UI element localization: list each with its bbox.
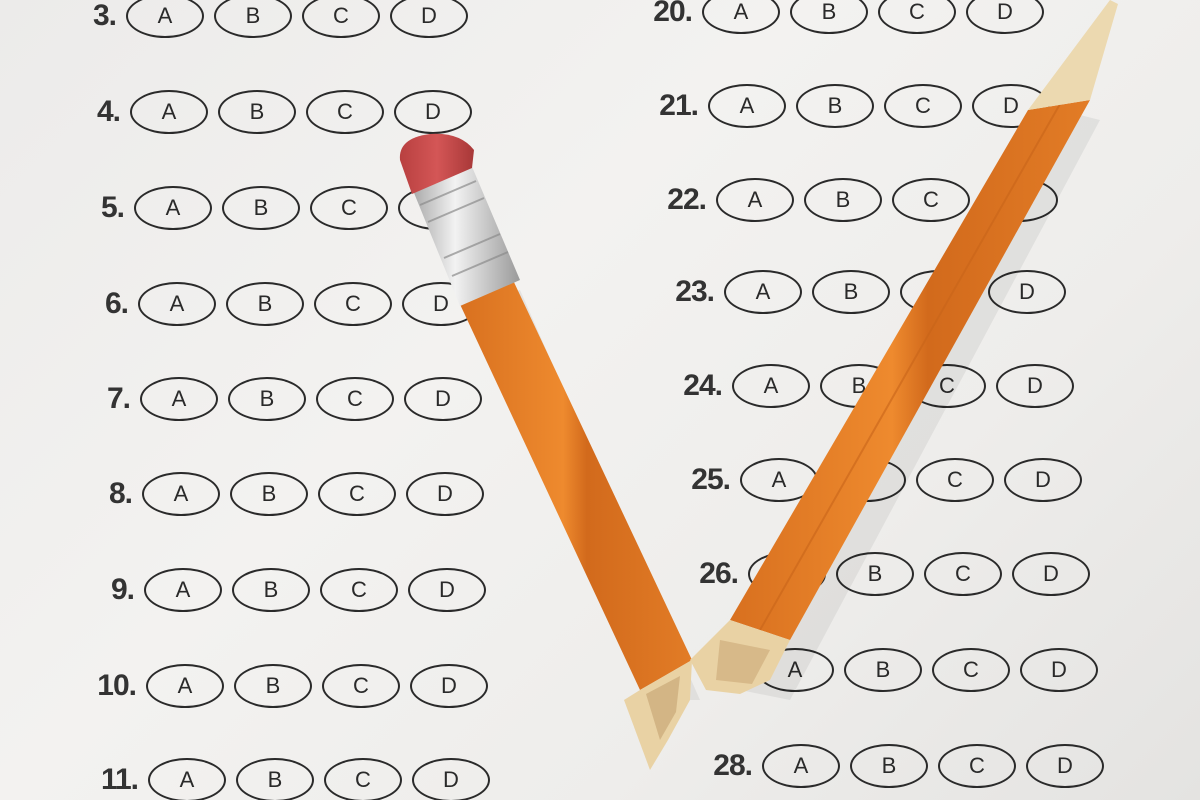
broken-pencil bbox=[0, 0, 1200, 800]
sharpened-tip bbox=[1028, 0, 1118, 110]
pencil-eraser-half bbox=[400, 134, 692, 770]
pencil-tip-half bbox=[690, 0, 1118, 694]
